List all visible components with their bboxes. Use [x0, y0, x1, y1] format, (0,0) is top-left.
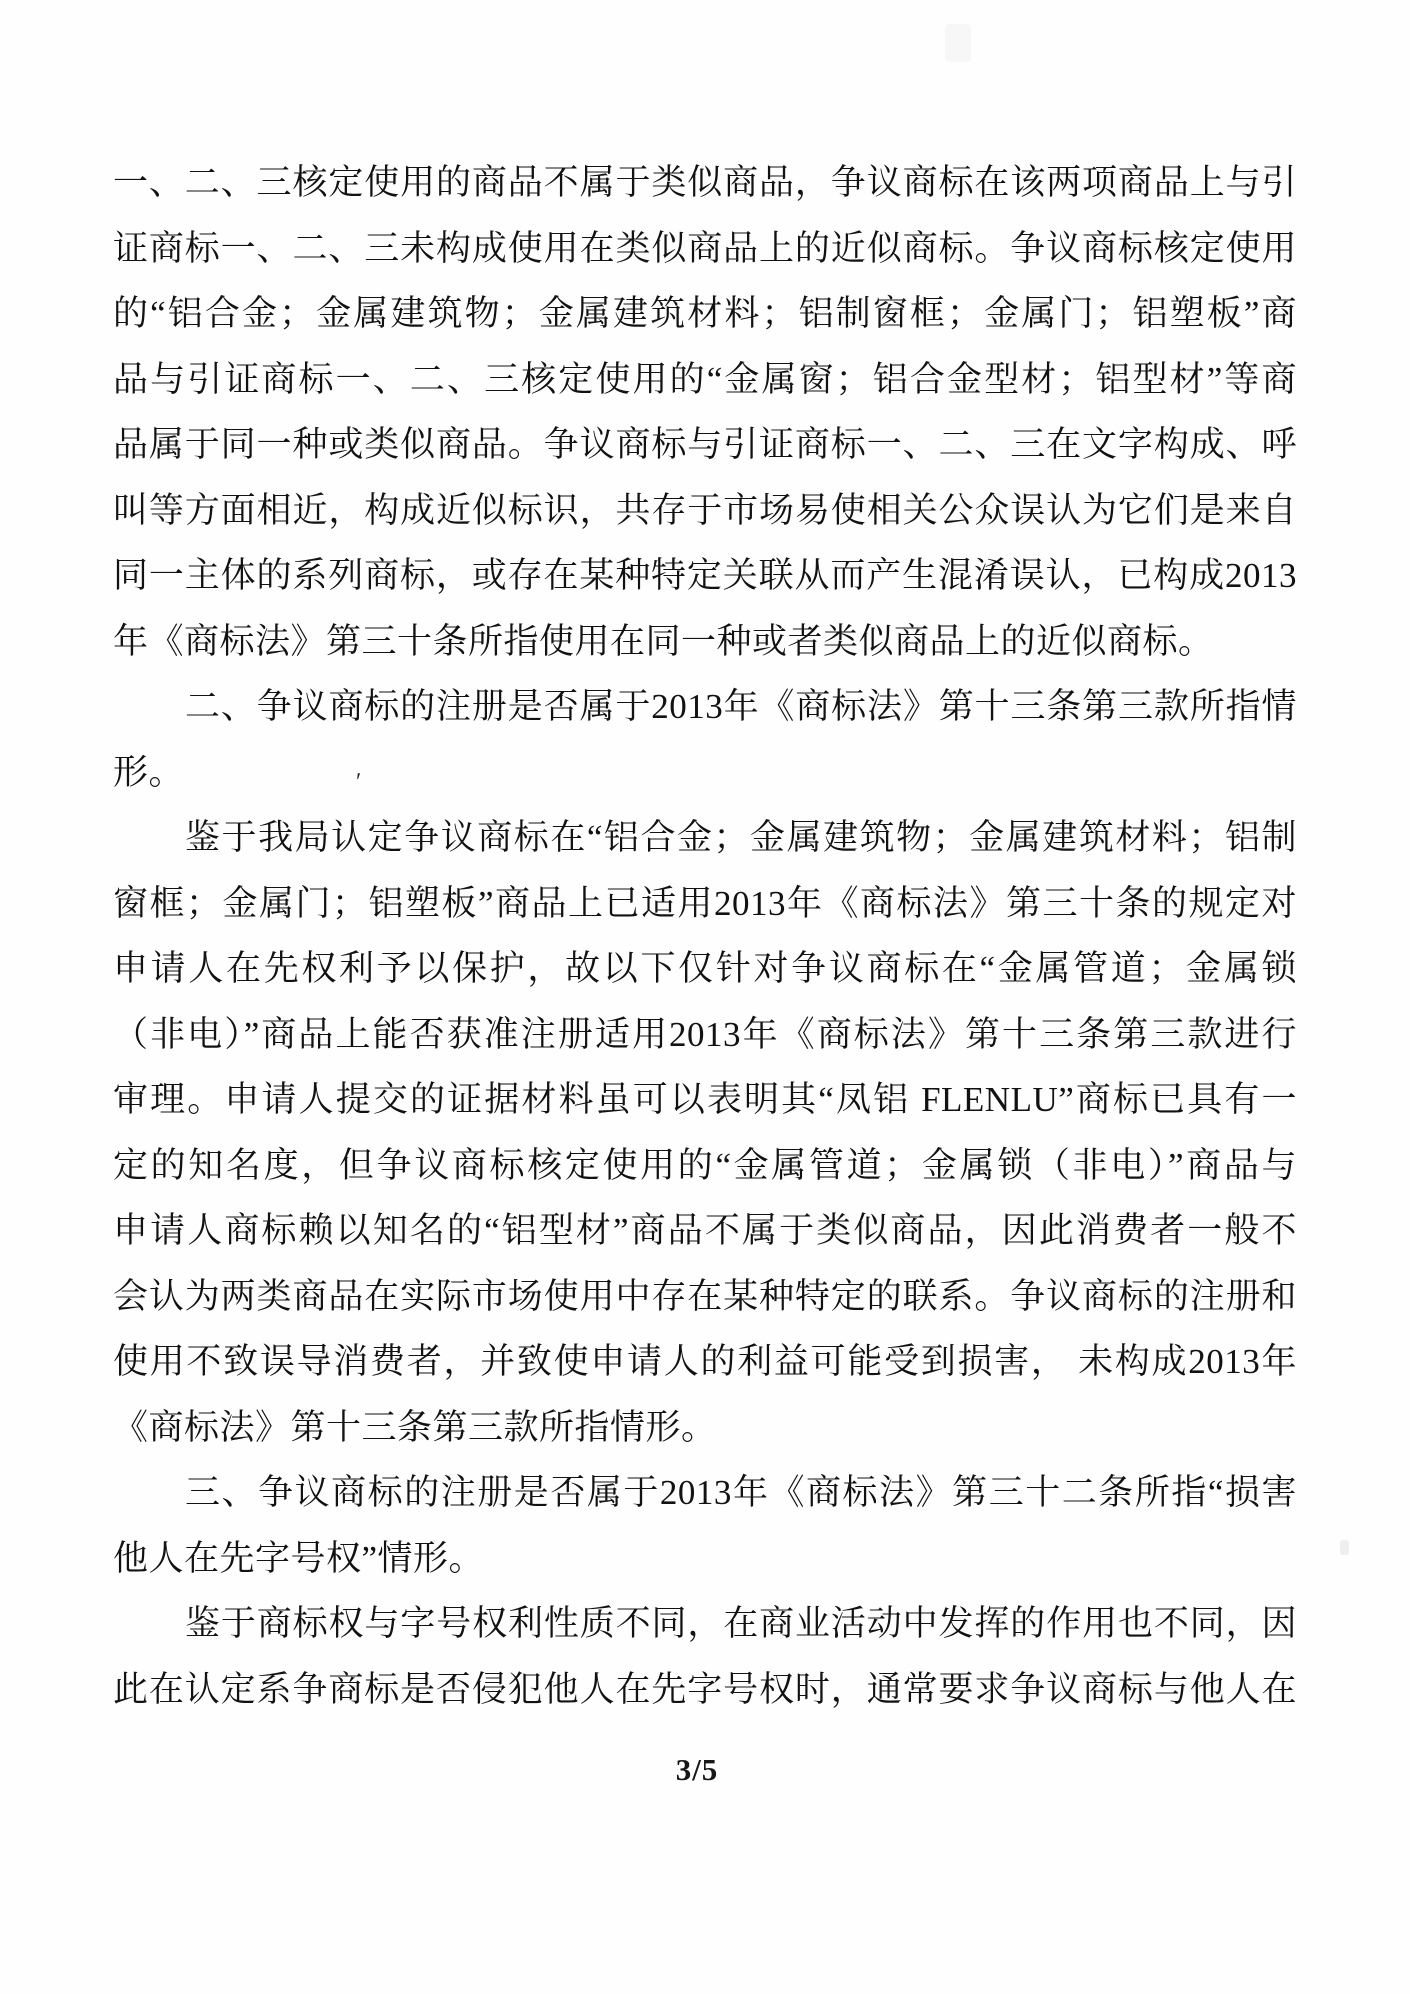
- scan-stray-mark-artifact: ʹ: [356, 770, 361, 794]
- text-line: 形。: [113, 740, 1297, 806]
- scan-smudge-artifact: [1340, 1540, 1349, 1555]
- text-line: （非电）”商品上能否获准注册适用2013年《商标法》第十三条第三款进行: [113, 1002, 1297, 1068]
- text-line: 定的知名度，但争议商标核定使用的“金属管道；金属锁（非电）”商品与: [113, 1133, 1297, 1199]
- page-number: 3/5: [676, 1752, 719, 1788]
- text-line: 使用不致误导消费者，并致使申请人的利益可能受到损害， 未构成2013年: [113, 1329, 1297, 1395]
- document-page: 一、二、三核定使用的商品不属于类似商品，争议商标在该两项商品上与引证商标一、二、…: [0, 0, 1410, 1994]
- text-line: 《商标法》第十三条第三款所指情形。: [113, 1395, 1297, 1461]
- text-line: 证商标一、二、三未构成使用在类似商品上的近似商标。争议商标核定使用: [113, 216, 1297, 282]
- document-body: 一、二、三核定使用的商品不属于类似商品，争议商标在该两项商品上与引证商标一、二、…: [113, 150, 1297, 1722]
- text-line: 鉴于我局认定争议商标在“铝合金；金属建筑物；金属建筑材料；铝制: [113, 805, 1297, 871]
- text-line: 此在认定系争商标是否侵犯他人在先字号权时，通常要求争议商标与他人在: [113, 1657, 1297, 1723]
- text-line: 审理。申请人提交的证据材料虽可以表明其“凤铝 FLENLU”商标已具有一: [113, 1067, 1297, 1133]
- text-line: 申请人在先权利予以保护，故以下仅针对争议商标在“金属管道；金属锁: [113, 936, 1297, 1002]
- text-line: 的“铝合金；金属建筑物；金属建筑材料；铝制窗框；金属门；铝塑板”商: [113, 281, 1297, 347]
- text-line: 他人在先字号权”情形。: [113, 1526, 1297, 1592]
- text-line: 品属于同一种或类似商品。争议商标与引证商标一、二、三在文字构成、呼: [113, 412, 1297, 478]
- text-line: 品与引证商标一、二、三核定使用的“金属窗；铝合金型材；铝型材”等商: [113, 347, 1297, 413]
- text-line: 鉴于商标权与字号权利性质不同，在商业活动中发挥的作用也不同，因: [113, 1591, 1297, 1657]
- text-line: 三、争议商标的注册是否属于2013年《商标法》第三十二条所指“损害: [113, 1460, 1297, 1526]
- text-line: 会认为两类商品在实际市场使用中存在某种特定的联系。争议商标的注册和: [113, 1264, 1297, 1330]
- text-line: 窗框；金属门；铝塑板”商品上已适用2013年《商标法》第三十条的规定对: [113, 871, 1297, 937]
- text-line: 二、争议商标的注册是否属于2013年《商标法》第十三条第三款所指情: [113, 674, 1297, 740]
- page-footer: 3/5: [0, 1752, 1410, 1788]
- text-line: 同一主体的系列商标，或存在某种特定关联从而产生混淆误认，已构成2013: [113, 543, 1297, 609]
- text-line: 一、二、三核定使用的商品不属于类似商品，争议商标在该两项商品上与引: [113, 150, 1297, 216]
- text-line: 年《商标法》第三十条所指使用在同一种或者类似商品上的近似商标。: [113, 609, 1297, 675]
- scan-smudge-artifact: [945, 24, 971, 62]
- text-line: 申请人商标赖以知名的“铝型材”商品不属于类似商品，因此消费者一般不: [113, 1198, 1297, 1264]
- text-line: 叫等方面相近，构成近似标识，共存于市场易使相关公众误认为它们是来自: [113, 478, 1297, 544]
